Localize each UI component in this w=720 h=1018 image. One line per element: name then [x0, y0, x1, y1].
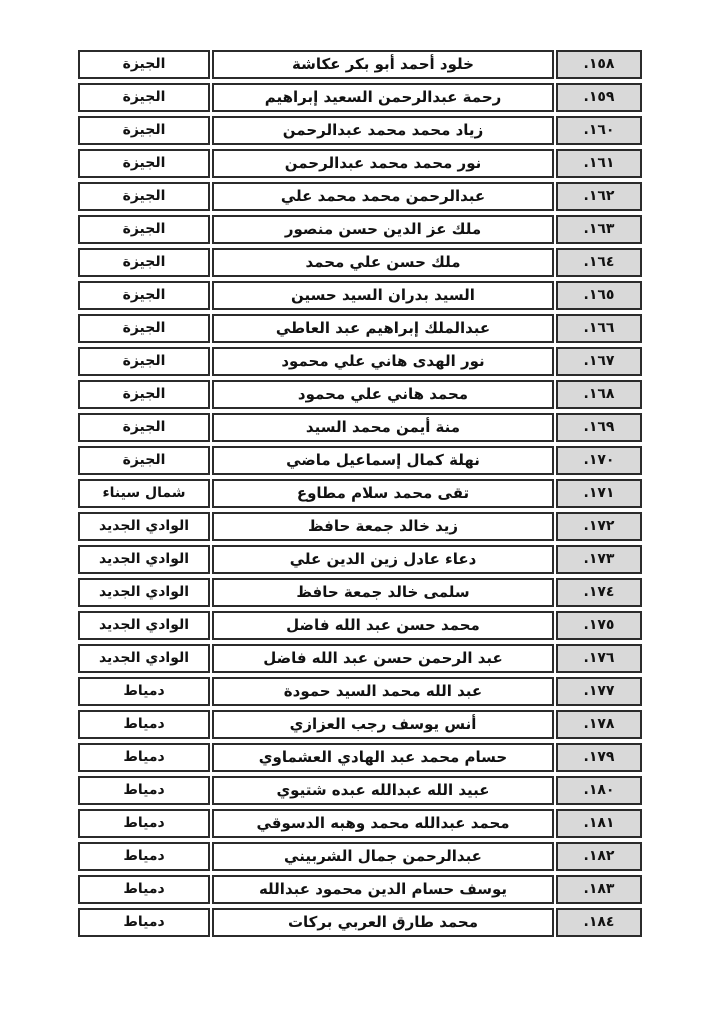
- person-name-cell: منة أيمن محمد السيد: [212, 413, 554, 442]
- governorate-cell: الجيزة: [78, 413, 210, 442]
- table-row: ١٧٠. نهلة كمال إسماعيل ماضي الجيزة: [78, 446, 642, 475]
- table-row: ١٧٩. حسام محمد عبد الهادي العشماوي دمياط: [78, 743, 642, 772]
- table-row: ١٦٨. محمد هاني علي محمود الجيزة: [78, 380, 642, 409]
- serial-number-cell: ١٨٣.: [556, 875, 642, 904]
- table-row: ١٦٤. ملك حسن علي محمد الجيزة: [78, 248, 642, 277]
- person-name-cell: عبد الله محمد السيد حمودة: [212, 677, 554, 706]
- governorate-cell: الوادي الجديد: [78, 611, 210, 640]
- governorate-cell: الجيزة: [78, 50, 210, 79]
- person-name-cell: ملك عز الدين حسن منصور: [212, 215, 554, 244]
- serial-number-cell: ١٧٢.: [556, 512, 642, 541]
- governorate-cell: الجيزة: [78, 116, 210, 145]
- governorate-cell: الجيزة: [78, 446, 210, 475]
- serial-number-cell: ١٧٠.: [556, 446, 642, 475]
- table-row: ١٧١. تقى محمد سلام مطاوع شمال سيناء: [78, 479, 642, 508]
- serial-number-cell: ١٧٨.: [556, 710, 642, 739]
- table-row: ١٥٩. رحمة عبدالرحمن السعيد إبراهيم الجيز…: [78, 83, 642, 112]
- serial-number-cell: ١٧٥.: [556, 611, 642, 640]
- person-name-cell: نور الهدى هاني علي محمود: [212, 347, 554, 376]
- table-row: ١٦٥. السيد بدران السيد حسين الجيزة: [78, 281, 642, 310]
- table-row: ١٨٣. يوسف حسام الدين محمود عبدالله دمياط: [78, 875, 642, 904]
- person-name-cell: حسام محمد عبد الهادي العشماوي: [212, 743, 554, 772]
- serial-number-cell: ١٦٧.: [556, 347, 642, 376]
- governorate-cell: الجيزة: [78, 83, 210, 112]
- table-row: ١٧٢. زيد خالد جمعة حافظ الوادي الجديد: [78, 512, 642, 541]
- table-row: ١٧٧. عبد الله محمد السيد حمودة دمياط: [78, 677, 642, 706]
- governorate-cell: الجيزة: [78, 215, 210, 244]
- governorate-cell: الجيزة: [78, 281, 210, 310]
- serial-number-cell: ١٦٠.: [556, 116, 642, 145]
- serial-number-cell: ١٦٤.: [556, 248, 642, 277]
- serial-number-cell: ١٦١.: [556, 149, 642, 178]
- table-row: ١٦٢. عبدالرحمن محمد محمد علي الجيزة: [78, 182, 642, 211]
- serial-number-cell: ١٥٩.: [556, 83, 642, 112]
- serial-number-cell: ١٧٣.: [556, 545, 642, 574]
- table-row: ١٦١. نور محمد محمد عبدالرحمن الجيزة: [78, 149, 642, 178]
- governorate-cell: دمياط: [78, 776, 210, 805]
- serial-number-cell: ١٦٦.: [556, 314, 642, 343]
- table-row: ١٧٣. دعاء عادل زين الدين علي الوادي الجد…: [78, 545, 642, 574]
- governorate-cell: الوادي الجديد: [78, 545, 210, 574]
- table-row: ١٨١. محمد عبدالله محمد وهبه الدسوقي دميا…: [78, 809, 642, 838]
- person-name-cell: عبدالرحمن محمد محمد علي: [212, 182, 554, 211]
- serial-number-cell: ١٦٩.: [556, 413, 642, 442]
- person-name-cell: سلمى خالد جمعة حافظ: [212, 578, 554, 607]
- serial-number-cell: ١٦٢.: [556, 182, 642, 211]
- table-row: ١٨٢. عبدالرحمن جمال الشربيني دمياط: [78, 842, 642, 871]
- person-name-cell: نور محمد محمد عبدالرحمن: [212, 149, 554, 178]
- governorate-cell: الجيزة: [78, 314, 210, 343]
- person-name-cell: ملك حسن علي محمد: [212, 248, 554, 277]
- person-name-cell: عبدالرحمن جمال الشربيني: [212, 842, 554, 871]
- table-row: ١٨٠. عبيد الله عبدالله عبده شتيوي دمياط: [78, 776, 642, 805]
- person-name-cell: عبيد الله عبدالله عبده شتيوي: [212, 776, 554, 805]
- person-name-cell: نهلة كمال إسماعيل ماضي: [212, 446, 554, 475]
- table-row: ١٧٥. محمد حسن عبد الله فاضل الوادي الجدي…: [78, 611, 642, 640]
- governorate-cell: الوادي الجديد: [78, 512, 210, 541]
- governorate-cell: الوادي الجديد: [78, 578, 210, 607]
- table-row: ١٦٣. ملك عز الدين حسن منصور الجيزة: [78, 215, 642, 244]
- serial-number-cell: ١٥٨.: [556, 50, 642, 79]
- person-name-cell: محمد طارق العربي بركات: [212, 908, 554, 937]
- person-name-cell: دعاء عادل زين الدين علي: [212, 545, 554, 574]
- serial-number-cell: ١٧٧.: [556, 677, 642, 706]
- table-row: ١٥٨. خلود أحمد أبو بكر عكاشة الجيزة: [78, 50, 642, 79]
- roster-table-body: ١٥٨. خلود أحمد أبو بكر عكاشة الجيزة ١٥٩.…: [78, 50, 642, 937]
- governorate-cell: دمياط: [78, 710, 210, 739]
- table-row: ١٧٦. عبد الرحمن حسن عبد الله فاضل الوادي…: [78, 644, 642, 673]
- serial-number-cell: ١٨٢.: [556, 842, 642, 871]
- person-name-cell: يوسف حسام الدين محمود عبدالله: [212, 875, 554, 904]
- table-row: ١٧٨. أنس يوسف رجب العزازي دمياط: [78, 710, 642, 739]
- governorate-cell: الوادي الجديد: [78, 644, 210, 673]
- governorate-cell: الجيزة: [78, 149, 210, 178]
- table-row: ١٦٦. عبدالملك إبراهيم عبد العاطي الجيزة: [78, 314, 642, 343]
- table-row: ١٨٤. محمد طارق العربي بركات دمياط: [78, 908, 642, 937]
- serial-number-cell: ١٨٤.: [556, 908, 642, 937]
- person-name-cell: عبدالملك إبراهيم عبد العاطي: [212, 314, 554, 343]
- serial-number-cell: ١٨١.: [556, 809, 642, 838]
- person-name-cell: أنس يوسف رجب العزازي: [212, 710, 554, 739]
- governorate-cell: الجيزة: [78, 347, 210, 376]
- person-name-cell: زيد خالد جمعة حافظ: [212, 512, 554, 541]
- person-name-cell: محمد عبدالله محمد وهبه الدسوقي: [212, 809, 554, 838]
- governorate-cell: دمياط: [78, 743, 210, 772]
- governorate-cell: دمياط: [78, 842, 210, 871]
- serial-number-cell: ١٧٦.: [556, 644, 642, 673]
- governorate-cell: شمال سيناء: [78, 479, 210, 508]
- serial-number-cell: ١٦٨.: [556, 380, 642, 409]
- person-name-cell: محمد حسن عبد الله فاضل: [212, 611, 554, 640]
- person-name-cell: تقى محمد سلام مطاوع: [212, 479, 554, 508]
- governorate-cell: دمياط: [78, 809, 210, 838]
- serial-number-cell: ١٨٠.: [556, 776, 642, 805]
- table-row: ١٦٧. نور الهدى هاني علي محمود الجيزة: [78, 347, 642, 376]
- governorate-cell: دمياط: [78, 908, 210, 937]
- person-name-cell: خلود أحمد أبو بكر عكاشة: [212, 50, 554, 79]
- serial-number-cell: ١٦٣.: [556, 215, 642, 244]
- serial-number-cell: ١٧٩.: [556, 743, 642, 772]
- table-row: ١٧٤. سلمى خالد جمعة حافظ الوادي الجديد: [78, 578, 642, 607]
- table-row: ١٦٠. زياد محمد محمد عبدالرحمن الجيزة: [78, 116, 642, 145]
- governorate-cell: الجيزة: [78, 182, 210, 211]
- table-row: ١٦٩. منة أيمن محمد السيد الجيزة: [78, 413, 642, 442]
- serial-number-cell: ١٧١.: [556, 479, 642, 508]
- roster-table: ١٥٨. خلود أحمد أبو بكر عكاشة الجيزة ١٥٩.…: [76, 46, 644, 941]
- person-name-cell: محمد هاني علي محمود: [212, 380, 554, 409]
- governorate-cell: الجيزة: [78, 248, 210, 277]
- person-name-cell: السيد بدران السيد حسين: [212, 281, 554, 310]
- governorate-cell: الجيزة: [78, 380, 210, 409]
- serial-number-cell: ١٦٥.: [556, 281, 642, 310]
- person-name-cell: زياد محمد محمد عبدالرحمن: [212, 116, 554, 145]
- document-page: ١٥٨. خلود أحمد أبو بكر عكاشة الجيزة ١٥٩.…: [0, 0, 720, 1018]
- serial-number-cell: ١٧٤.: [556, 578, 642, 607]
- person-name-cell: رحمة عبدالرحمن السعيد إبراهيم: [212, 83, 554, 112]
- person-name-cell: عبد الرحمن حسن عبد الله فاضل: [212, 644, 554, 673]
- governorate-cell: دمياط: [78, 875, 210, 904]
- governorate-cell: دمياط: [78, 677, 210, 706]
